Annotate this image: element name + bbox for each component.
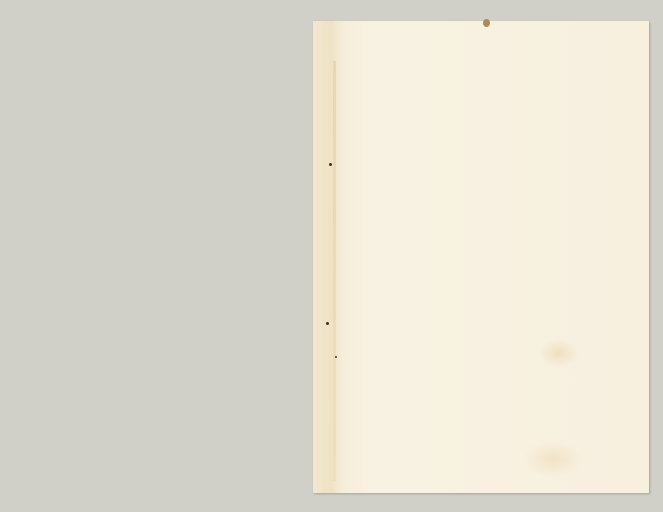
paper-tear-mark bbox=[483, 19, 490, 27]
ink-spot bbox=[326, 322, 329, 325]
blank-paper-page bbox=[313, 21, 649, 493]
ink-spot bbox=[329, 163, 332, 166]
ink-spot bbox=[335, 356, 337, 358]
